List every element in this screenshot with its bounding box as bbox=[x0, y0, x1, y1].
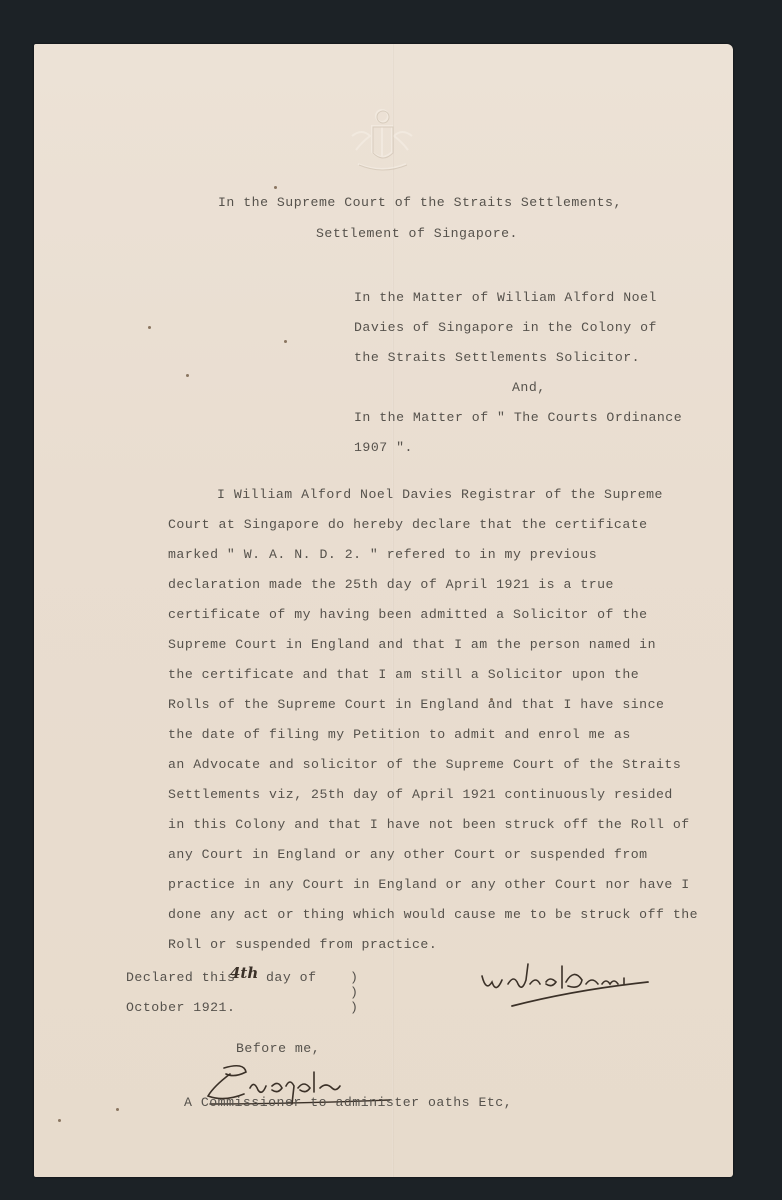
matter-line: In the Matter of William Alford Noel bbox=[354, 290, 657, 305]
matter-line: the Straits Settlements Solicitor. bbox=[354, 350, 640, 365]
declarant-signature-icon bbox=[474, 954, 654, 1014]
handwritten-day: 4th bbox=[230, 964, 258, 982]
body-line: Court at Singapore do hereby declare tha… bbox=[168, 517, 648, 532]
settlement-heading: Settlement of Singapore. bbox=[316, 226, 518, 241]
body-line: certificate of my having been admitted a… bbox=[168, 607, 648, 622]
jurat-suffix: day of bbox=[266, 970, 316, 985]
ordinance-line: In the Matter of " The Courts Ordinance bbox=[354, 410, 682, 425]
body-line: Roll or suspended from practice. bbox=[168, 937, 437, 952]
body-line: declaration made the 25th day of April 1… bbox=[168, 577, 614, 592]
jurat-date: October 1921. bbox=[126, 1000, 235, 1015]
paper-spot bbox=[490, 698, 493, 701]
body-line: an Advocate and solicitor of the Supreme… bbox=[168, 757, 681, 772]
ordinance-line: 1907 ". bbox=[354, 440, 413, 455]
paper-spot bbox=[284, 340, 287, 343]
body-line: Settlements viz, 25th day of April 1921 … bbox=[168, 787, 673, 802]
jurat-bracket: ) bbox=[350, 1000, 358, 1015]
jurat-bracket: ) bbox=[350, 970, 358, 985]
matter-conjunction: And, bbox=[512, 380, 546, 395]
paper-spot bbox=[58, 1119, 61, 1122]
court-heading: In the Supreme Court of the Straits Sett… bbox=[218, 195, 622, 210]
body-line: done any act or thing which would cause … bbox=[168, 907, 698, 922]
paper-spot bbox=[274, 186, 277, 189]
before-me-label: Before me, bbox=[236, 1041, 320, 1056]
body-line: I William Alford Noel Davies Registrar o… bbox=[217, 487, 663, 502]
commissioner-title: A Commissioner to administer oaths Etc, bbox=[184, 1095, 512, 1110]
paper-spot bbox=[148, 326, 151, 329]
jurat-prefix: Declared this bbox=[126, 970, 235, 985]
body-line: any Court in England or any other Court … bbox=[168, 847, 648, 862]
body-line: marked " W. A. N. D. 2. " refered to in … bbox=[168, 547, 597, 562]
body-line: the date of filing my Petition to admit … bbox=[168, 727, 631, 742]
jurat-bracket: ) bbox=[350, 985, 358, 1000]
embossed-crest-icon bbox=[342, 102, 422, 182]
body-line: practice in any Court in England or any … bbox=[168, 877, 690, 892]
paper-spot bbox=[116, 1108, 119, 1111]
document-page: In the Supreme Court of the Straits Sett… bbox=[34, 44, 733, 1177]
paper-spot bbox=[186, 374, 189, 377]
body-line: the certificate and that I am still a So… bbox=[168, 667, 639, 682]
body-line: Rolls of the Supreme Court in England an… bbox=[168, 697, 664, 712]
matter-line: Davies of Singapore in the Colony of bbox=[354, 320, 657, 335]
body-line: in this Colony and that I have not been … bbox=[168, 817, 690, 832]
body-line: Supreme Court in England and that I am t… bbox=[168, 637, 656, 652]
